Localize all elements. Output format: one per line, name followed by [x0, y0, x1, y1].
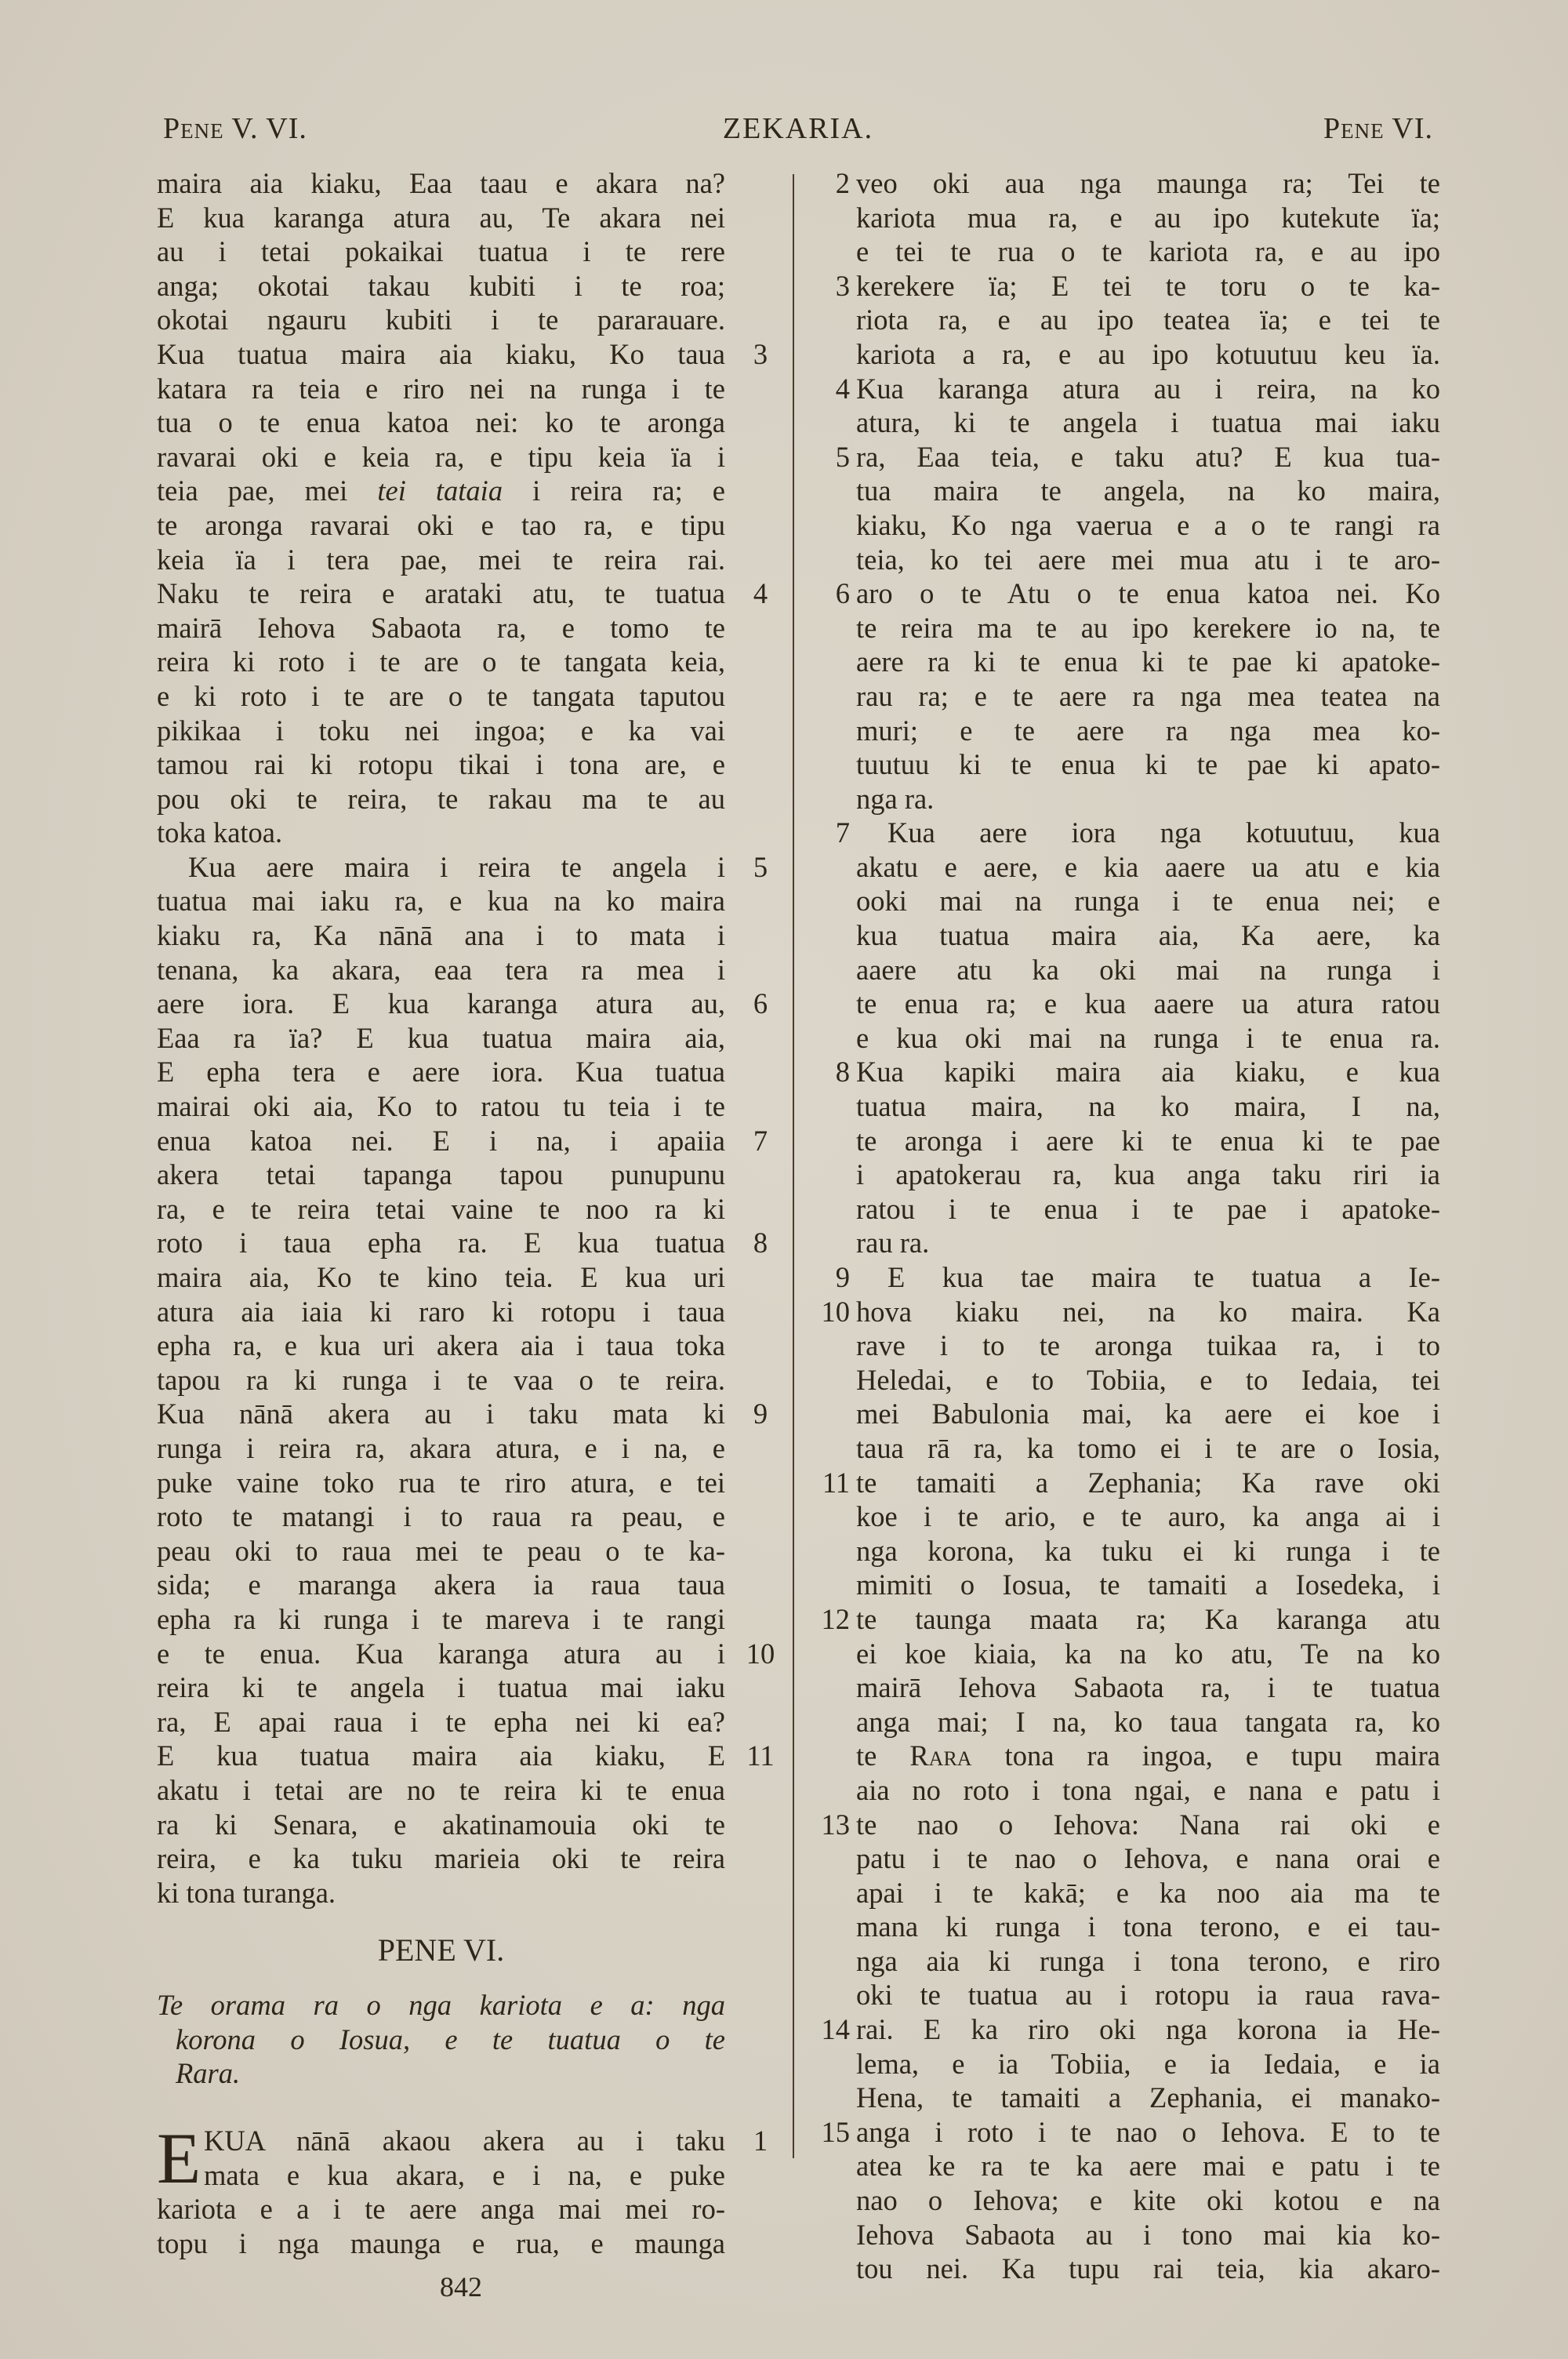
text-line: te tamaiti a Zephania; Ka rave oki11 [815, 1466, 1443, 1500]
line-text: riota ra, e au ipo teatea ïa; e tei te [856, 303, 1440, 337]
line-text: Kua tuatua maira aia kiaku, Ko taua [157, 337, 725, 372]
line-text: pou oki te reira, te rakau ma te au [157, 782, 725, 816]
verse-number: 9 [741, 1397, 780, 1431]
line-text: epha ra, e kua uri akera aia i taua toka [157, 1329, 725, 1363]
text-line: kariota a ra, e au ipo kotuutuu keu ïa. [815, 337, 1443, 372]
line-text: roto i taua epha ra. E kua tuatua [157, 1226, 725, 1260]
line-text: au i tetai pokaikai tuatua i te rere [157, 234, 725, 269]
text-line: epha ra, e kua uri akera aia i taua toka [157, 1329, 776, 1363]
text-line: pou oki te reira, te rakau ma te au [157, 782, 776, 816]
line-text: KUA nānā akaou akera au i taku [204, 2124, 725, 2158]
line-text: aaere atu ka oki mai na runga i [856, 953, 1440, 987]
line-text: ei koe kiaia, ka na ko atu, Te na ko [856, 1637, 1440, 1671]
line-text: reira ki roto i te are o te tangata keia… [157, 645, 725, 679]
text-line: te enua ra; e kua aaere ua atura ratou [815, 987, 1443, 1021]
line-text: tapou ra ki runga i te vaa o te reira. [157, 1363, 725, 1398]
text-line: keia ïa i tera pae, mei te reira rai. [157, 543, 776, 577]
text-line: akatu i tetai are no te reira ki te enua [157, 1773, 776, 1808]
verse-number: 7 [815, 816, 850, 850]
line-text: te taunga maata ra; Ka karanga atu [856, 1602, 1440, 1637]
text-line: Kua tuatua maira aia kiaku, Ko taua3 [157, 337, 776, 372]
line-text: reira, e ka tuku marieia oki te reira [157, 1841, 725, 1876]
text-line: ki tona turanga. [157, 1876, 776, 1910]
line-text: epha ra ki runga i te mareva i te rangi [157, 1602, 725, 1637]
line-text: toka katoa. [157, 816, 725, 850]
text-line: riota ra, e au ipo teatea ïa; e tei te [815, 303, 1443, 337]
line-text: tenana, ka akara, eaa tera ra mea i [157, 953, 725, 987]
text-line: katara ra teia e riro nei na runga i te [157, 372, 776, 406]
line-text: tamou rai ki rotopu tikai i tona are, e [157, 747, 725, 782]
line-text: te Rara tona ra ingoa, e tupu maira [856, 1739, 1440, 1773]
line-text: mei Babulonia mai, ka aere ei koe i [856, 1397, 1440, 1431]
line-text: topu i nga maunga e rua, e maunga [157, 2226, 725, 2261]
verse-number: 11 [741, 1739, 780, 1773]
text-line: reira ki roto i te are o te tangata keia… [157, 645, 776, 679]
line-text: teia, ko tei aere mei mua atu i te aro- [856, 543, 1440, 577]
line-text: Iehova Sabaota au i tono mai kia ko- [856, 2218, 1440, 2252]
verse-number: 5 [741, 850, 780, 885]
text-line: tuatua mai iaku ra, e kua na ko maira [157, 884, 776, 918]
line-text: E epha tera e aere iora. Kua tuatua [157, 1055, 725, 1089]
line-text: Kua aere iora nga kotuutuu, kua [856, 816, 1440, 850]
line-text: pikikaa i toku nei ingoa; e ka vai [157, 714, 725, 748]
text-line: kua tuatua maira aia, Ka aere, ka [815, 918, 1443, 953]
text-line: Kua karanga atura au i reira, na ko4 [815, 372, 1443, 406]
line-text: ra, Eaa teia, e taku atu? E kua tua- [856, 440, 1440, 474]
text-line: mata e kua akara, e i na, e puke [157, 2158, 776, 2193]
text-line: Naku te reira e arataki atu, te tuatua4 [157, 576, 776, 611]
text-line: oki te tuatua au i rotopu ia raua rava- [815, 1978, 1443, 2012]
verse-number: 1 [741, 2124, 780, 2158]
line-text: kariota a ra, e au ipo kotuutuu keu ïa. [856, 337, 1440, 372]
text-line: topu i nga maunga e rua, e maunga [157, 2226, 776, 2261]
line-text: aere ra ki te enua ki te pae ki apatoke- [856, 645, 1440, 679]
line-text: oki te tuatua au i rotopu ia raua rava- [856, 1978, 1440, 2012]
line-text: tuatua mai iaku ra, e kua na ko maira [157, 884, 725, 918]
text-line: Heledai, e to Tobiia, e to Iedaia, tei [815, 1363, 1443, 1398]
text-line: koe i te ario, e te auro, ka anga ai i [815, 1499, 1443, 1534]
verse-number: 7 [741, 1124, 780, 1158]
book-page: Pene V. VI. ZEKARIA. Pene VI. maira aia … [0, 0, 1568, 2359]
line-text: mata e kua akara, e i na, e puke [204, 2158, 725, 2193]
line-text: te nao o Iehova: Nana rai oki e [856, 1808, 1440, 1842]
line-text: te reira ma te au ipo kerekere io na, te [856, 611, 1440, 645]
text-line: atea ke ra te ka aere mai e patu i te [815, 2149, 1443, 2183]
text-line: tua maira te angela, na ko maira, [815, 474, 1443, 508]
text-line: toka katoa. [157, 816, 776, 850]
verse-number: 6 [815, 576, 850, 611]
line-text: apai i te kakā; e ka noo aia ma te [856, 1876, 1440, 1910]
right-column: veo oki aua nga maunga ra; Tei te2kariot… [815, 166, 1443, 2286]
line-text: reira ki te angela i tuatua mai iaku [157, 1670, 725, 1705]
line-text: mairai oki aia, Ko to ratou tu teia i te [157, 1089, 725, 1124]
text-line: tuutuu ki te enua ki te pae ki apato- [815, 747, 1443, 782]
line-text: maira aia kiaku, Eaa taau e akara na? [157, 166, 725, 201]
line-text: taua rā ra, ka tomo ei i te are o Iosia, [856, 1431, 1440, 1466]
line-text: hova kiaku nei, na ko maira. Ka [856, 1295, 1440, 1329]
text-line: mairā Iehova Sabaota ra, i te tuatua [815, 1670, 1443, 1705]
text-line: mana ki runga i tona terono, e ei tau- [815, 1910, 1443, 1944]
text-line: sida; e maranga akera ia raua taua [157, 1568, 776, 1602]
line-text: te aronga ravarai oki e tao ra, e tipu [157, 508, 725, 543]
text-line: aia no roto i tona ngai, e nana e patu i [815, 1773, 1443, 1808]
text-line: ra, E apai raua i te epha nei ki ea? [157, 1705, 776, 1739]
line-text: akatu i tetai are no te reira ki te enua [157, 1773, 725, 1808]
line-text: tua o te enua katoa nei: ko te aronga [157, 405, 725, 440]
line-text: anga i roto i te nao o Iehova. E to te [856, 2115, 1440, 2150]
line-text: ravarai oki e keia ra, e tipu keia ïa i [157, 440, 725, 474]
text-line: Kua kapiki maira aia kiaku, e kua8 [815, 1055, 1443, 1089]
text-line: hova kiaku nei, na ko maira. Ka10 [815, 1295, 1443, 1329]
line-text: rau ra; e te aere ra nga mea teatea na [856, 679, 1440, 714]
text-line: ra, e te reira tetai vaine te noo ra ki [157, 1192, 776, 1227]
line-text: ki tona turanga. [157, 1876, 725, 1910]
text-line: akera tetai tapanga tapou punupunu [157, 1158, 776, 1192]
line-text: enua katoa nei. E i na, i apaiia [157, 1124, 725, 1158]
verse-number: 11 [815, 1466, 850, 1500]
line-text: rau ra. [856, 1226, 1440, 1260]
line-text: ra ki Senara, e akatinamouia oki te [157, 1808, 725, 1842]
text-line: ra, Eaa teia, e taku atu? E kua tua-5 [815, 440, 1443, 474]
line-text: e te enua. Kua karanga atura au i [157, 1637, 725, 1671]
line-text: atea ke ra te ka aere mai e patu i te [856, 2149, 1440, 2183]
text-line: nao o Iehova; e kite oki kotou e na [815, 2183, 1443, 2218]
verse-number: 8 [815, 1055, 850, 1089]
column-rule [793, 174, 794, 2158]
text-line: anga i roto i te nao o Iehova. E to te15 [815, 2115, 1443, 2150]
text-line: E kua tuatua maira aia kiaku, E11 [157, 1739, 776, 1773]
text-line: ooki mai na runga i te enua nei; e [815, 884, 1443, 918]
text-line: tuatua maira, na ko maira, I na, [815, 1089, 1443, 1124]
text-line: te aronga i aere ki te enua ki te pae [815, 1124, 1443, 1158]
verse-number: 13 [815, 1808, 850, 1842]
line-text: runga i reira ra, akara atura, e i na, e [157, 1431, 725, 1466]
line-text: Hena, te tamaiti a Zephania, ei manako- [856, 2081, 1440, 2115]
text-line: apai i te kakā; e ka noo aia ma te [815, 1876, 1443, 1910]
line-text: atura, ki te angela i tuatua mai iaku [856, 405, 1440, 440]
line-text: Naku te reira e arataki atu, te tuatua [157, 576, 725, 611]
text-line: veo oki aua nga maunga ra; Tei te2 [815, 166, 1443, 201]
italic-phrase: tei tataia [377, 474, 503, 507]
line-text: Eaa ra ïa? E kua tuatua maira aia, [157, 1021, 725, 1056]
line-text: Heledai, e to Tobiia, e to Iedaia, tei [856, 1363, 1440, 1398]
line-text: e kua oki mai na runga i te enua ra. [856, 1021, 1440, 1056]
line-text: rave i to te aronga tuikaa ra, i to [856, 1329, 1440, 1363]
text-line: aaere atu ka oki mai na runga i [815, 953, 1443, 987]
line-text: maira aia, Ko te kino teia. E kua uri [157, 1260, 725, 1295]
line-text: nga aia ki runga i tona terono, e riro [856, 1944, 1440, 1979]
line-text: kua tuatua maira aia, Ka aere, ka [856, 918, 1440, 953]
text-line: E kua tae maira te tuatua a Ie-9 [815, 1260, 1443, 1295]
text-line: kiaku ra, Ka nānā ana i to mata i [157, 918, 776, 953]
line-text: muri; e te aere ra nga mea ko- [856, 714, 1440, 748]
text-line: ravarai oki e keia ra, e tipu keia ïa i [157, 440, 776, 474]
verse-number: 6 [741, 987, 780, 1021]
text-line: epha ra ki runga i te mareva i te rangi [157, 1602, 776, 1637]
line-text: mimiti o Iosua, te tamaiti a Iosedeka, i [856, 1568, 1440, 1602]
verse-number: 15 [815, 2115, 850, 2150]
line-text: E kua karanga atura au, Te akara nei [157, 201, 725, 235]
text-line: Kua aere maira i reira te angela i5 [157, 850, 776, 885]
chapter-summary: Te orama ra o nga kariota e a: nga koron… [157, 1988, 725, 2091]
text-line: Eaa ra ïa? E kua tuatua maira aia, [157, 1021, 776, 1056]
line-text: te enua ra; e kua aaere ua atura ratou [856, 987, 1440, 1021]
line-text: lema, e ia Tobiia, e ia Iedaia, e ia [856, 2047, 1440, 2081]
text-line: tamou rai ki rotopu tikai i tona are, e [157, 747, 776, 782]
line-text: nga korona, ka tuku ei ki runga i te [856, 1534, 1440, 1568]
verse-number: 9 [815, 1260, 850, 1295]
verse-number: 3 [741, 337, 780, 372]
text-line: mairā Iehova Sabaota ra, e tomo te [157, 611, 776, 645]
line-text: anga mai; I na, ko taua tangata ra, ko [856, 1705, 1440, 1739]
text-line: aere ra ki te enua ki te pae ki apatoke- [815, 645, 1443, 679]
line-text: sida; e maranga akera ia raua taua [157, 1568, 725, 1602]
line-text: katara ra teia e riro nei na runga i te [157, 372, 725, 406]
text-line: tua o te enua katoa nei: ko te aronga [157, 405, 776, 440]
text-line: aere iora. E kua karanga atura au,6 [157, 987, 776, 1021]
text-line: pikikaa i toku nei ingoa; e ka vai [157, 714, 776, 748]
text-line: te reira ma te au ipo kerekere io na, te [815, 611, 1443, 645]
line-text: keia ïa i tera pae, mei te reira rai. [157, 543, 725, 577]
text-line: Hena, te tamaiti a Zephania, ei manako- [815, 2081, 1443, 2115]
line-text: te tamaiti a Zephania; Ka rave oki [856, 1466, 1440, 1500]
text-line: atura aia iaia ki raro ki rotopu i taua [157, 1295, 776, 1329]
line-text: tua maira te angela, na ko maira, [856, 474, 1440, 508]
text-line: e te enua. Kua karanga atura au i10 [157, 1637, 776, 1671]
line-text: E kua tae maira te tuatua a Ie- [856, 1260, 1440, 1295]
line-text: okotai ngauru kubiti i te pararauare. [157, 303, 725, 337]
text-line: te nao o Iehova: Nana rai oki e13 [815, 1808, 1443, 1842]
line-text: tuatua maira, na ko maira, I na, [856, 1089, 1440, 1124]
line-text: teia pae, mei tei tataia i reira ra; e [157, 474, 725, 508]
verse-number: 4 [741, 576, 780, 611]
line-text: Kua aere maira i reira te angela i [157, 850, 725, 885]
line-text: aro o te Atu o te enua katoa nei. Ko [856, 576, 1440, 611]
line-text: e ki roto i te are o te tangata taputou [157, 679, 725, 714]
line-text: kariota e a i te aere anga mai mei ro- [157, 2192, 725, 2226]
chapter-opening: E KUA nānā akaou akera au i taku 1 mata … [157, 2124, 776, 2260]
line-text: ra, E apai raua i te epha nei ki ea? [157, 1705, 725, 1739]
line-text: e tei te rua o te kariota ra, e au ipo [856, 234, 1440, 269]
chapter-heading: PENE VI. [157, 1932, 725, 1968]
line-text: mairā Iehova Sabaota ra, e tomo te [157, 611, 725, 645]
text-line: tou nei. Ka tupu rai teia, kia akaro- [815, 2252, 1443, 2286]
text-line: te taunga maata ra; Ka karanga atu12 [815, 1602, 1443, 1637]
text-line: anga mai; I na, ko taua tangata ra, ko [815, 1705, 1443, 1739]
text-line: te Rara tona ra ingoa, e tupu maira [815, 1739, 1443, 1773]
line-text: aia no roto i tona ngai, e nana e patu i [856, 1773, 1440, 1808]
summary-line: Rara. [157, 2056, 725, 2091]
text-line: rau ra; e te aere ra nga mea teatea na [815, 679, 1443, 714]
text-line: anga; okotai takau kubiti i te roa; [157, 269, 776, 304]
text-line: E epha tera e aere iora. Kua tuatua [157, 1055, 776, 1089]
verse-number: 8 [741, 1226, 780, 1260]
verse-number: 5 [815, 440, 850, 474]
text-line: ratou i te enua i te pae i apatoke- [815, 1192, 1443, 1227]
verse-number: 14 [815, 2012, 850, 2047]
text-line: roto te matangi i to raua ra peau, e [157, 1499, 776, 1534]
verse-number: 4 [815, 372, 850, 406]
text-line: te aronga ravarai oki e tao ra, e tipu [157, 508, 776, 543]
summary-line: Te orama ra o nga kariota e a: nga [157, 1988, 725, 2023]
left-column: maira aia kiaku, Eaa taau e akara na?E k… [157, 166, 776, 1910]
line-text: E kua tuatua maira aia kiaku, E [157, 1739, 725, 1773]
line-text: akatu e aere, e kia aaere ua atu e kia [856, 850, 1440, 885]
line-text: tou nei. Ka tupu rai teia, kia akaro- [856, 2252, 1440, 2286]
text-line: rave i to te aronga tuikaa ra, i to [815, 1329, 1443, 1363]
verse-number: 2 [815, 166, 850, 201]
line-text: mairā Iehova Sabaota ra, i te tuatua [856, 1670, 1440, 1705]
line-text: koe i te ario, e te auro, ka anga ai i [856, 1499, 1440, 1534]
text-line: rau ra. [815, 1226, 1443, 1260]
line-text: ratou i te enua i te pae i apatoke- [856, 1192, 1440, 1227]
line-text: ra, e te reira tetai vaine te noo ra ki [157, 1192, 725, 1227]
text-line: nga korona, ka tuku ei ki runga i te [815, 1534, 1443, 1568]
line-text: ooki mai na runga i te enua nei; e [856, 884, 1440, 918]
text-line: tenana, ka akara, eaa tera ra mea i [157, 953, 776, 987]
page-number: 842 [414, 2270, 508, 2303]
line-text: Kua nānā akera au i taku mata ki [157, 1397, 725, 1431]
verse-number: 12 [815, 1602, 850, 1637]
text-line: e kua oki mai na runga i te enua ra. [815, 1021, 1443, 1056]
line-text: kerekere ïa; E tei te toru o te ka- [856, 269, 1440, 304]
text-line: aro o te Atu o te enua katoa nei. Ko6 [815, 576, 1443, 611]
text-line: tapou ra ki runga i te vaa o te reira. [157, 1363, 776, 1398]
verse-number: 10 [815, 1295, 850, 1329]
line-text: aere iora. E kua karanga atura au, [157, 987, 725, 1021]
text-line: mairai oki aia, Ko to ratou tu teia i te [157, 1089, 776, 1124]
text-line: nga ra. [815, 782, 1443, 816]
line-text: i apatokerau ra, kua anga taku riri ia [856, 1158, 1440, 1192]
text-line: teia, ko tei aere mei mua atu i te aro- [815, 543, 1443, 577]
line-text: roto te matangi i to raua ra peau, e [157, 1499, 725, 1534]
text-line: runga i reira ra, akara atura, e i na, e [157, 1431, 776, 1466]
line-text: kiaku, Ko nga vaerua e a o te rangi ra [856, 508, 1440, 543]
running-head-title: ZEKARIA. [163, 111, 1433, 146]
text-line: i apatokerau ra, kua anga taku riri ia [815, 1158, 1443, 1192]
text-line: KUA nānā akaou akera au i taku 1 [157, 2124, 776, 2158]
verse-number: 10 [741, 1637, 780, 1671]
text-line: reira ki te angela i tuatua mai iaku [157, 1670, 776, 1705]
running-head: Pene V. VI. ZEKARIA. Pene VI. [163, 111, 1433, 151]
text-line: E kua karanga atura au, Te akara nei [157, 201, 776, 235]
text-line: mei Babulonia mai, ka aere ei koe i [815, 1397, 1443, 1431]
text-line: atura, ki te angela i tuatua mai iaku [815, 405, 1443, 440]
line-text: nao o Iehova; e kite oki kotou e na [856, 2183, 1440, 2218]
line-text: tuutuu ki te enua ki te pae ki apato- [856, 747, 1440, 782]
line-text: rai. E ka riro oki nga korona ia He- [856, 2012, 1440, 2047]
running-head-right: Pene VI. [1323, 111, 1433, 146]
small-caps-word: Rara [909, 1739, 971, 1772]
line-text: nga ra. [856, 782, 1440, 816]
line-text: Kua karanga atura au i reira, na ko [856, 372, 1440, 406]
text-line: teia pae, mei tei tataia i reira ra; e [157, 474, 776, 508]
text-line: maira aia, Ko te kino teia. E kua uri [157, 1260, 776, 1295]
line-text: akera tetai tapanga tapou punupunu [157, 1158, 725, 1192]
text-line: Kua aere iora nga kotuutuu, kua7 [815, 816, 1443, 850]
text-line: peau oki to raua mei te peau o te ka- [157, 1534, 776, 1568]
line-text: patu i te nao o Iehova, e nana orai e [856, 1841, 1440, 1876]
text-line: e tei te rua o te kariota ra, e au ipo [815, 234, 1443, 269]
text-line: patu i te nao o Iehova, e nana orai e [815, 1841, 1443, 1876]
line-text: anga; okotai takau kubiti i te roa; [157, 269, 725, 304]
text-line: puke vaine toko rua te riro atura, e tei [157, 1466, 776, 1500]
text-line: akatu e aere, e kia aaere ua atu e kia [815, 850, 1443, 885]
line-text: peau oki to raua mei te peau o te ka- [157, 1534, 725, 1568]
summary-line: korona o Iosua, e te tuatua o te [157, 2023, 725, 2057]
line-text: kariota mua ra, e au ipo kutekute ïa; [856, 201, 1440, 235]
line-text: Kua kapiki maira aia kiaku, e kua [856, 1055, 1440, 1089]
text-line: ra ki Senara, e akatinamouia oki te [157, 1808, 776, 1842]
text-line: taua rā ra, ka tomo ei i te are o Iosia, [815, 1431, 1443, 1466]
line-text: kiaku ra, Ka nānā ana i to mata i [157, 918, 725, 953]
text-line: okotai ngauru kubiti i te pararauare. [157, 303, 776, 337]
text-line: Iehova Sabaota au i tono mai kia ko- [815, 2218, 1443, 2252]
text-line: kerekere ïa; E tei te toru o te ka-3 [815, 269, 1443, 304]
text-line: nga aia ki runga i tona terono, e riro [815, 1944, 1443, 1979]
line-text: veo oki aua nga maunga ra; Tei te [856, 166, 1440, 201]
text-line: lema, e ia Tobiia, e ia Iedaia, e ia [815, 2047, 1443, 2081]
text-line: au i tetai pokaikai tuatua i te rere [157, 234, 776, 269]
line-text: te aronga i aere ki te enua ki te pae [856, 1124, 1440, 1158]
text-line: roto i taua epha ra. E kua tuatua8 [157, 1226, 776, 1260]
line-text: mana ki runga i tona terono, e ei tau- [856, 1910, 1440, 1944]
text-line: maira aia kiaku, Eaa taau e akara na? [157, 166, 776, 201]
verse-number: 3 [815, 269, 850, 304]
text-line: kariota mua ra, e au ipo kutekute ïa; [815, 201, 1443, 235]
text-line: ei koe kiaia, ka na ko atu, Te na ko [815, 1637, 1443, 1671]
text-line: Kua nānā akera au i taku mata ki9 [157, 1397, 776, 1431]
text-line: mimiti o Iosua, te tamaiti a Iosedeka, i [815, 1568, 1443, 1602]
text-line: enua katoa nei. E i na, i apaiia7 [157, 1124, 776, 1158]
line-text: puke vaine toko rua te riro atura, e tei [157, 1466, 725, 1500]
text-line: kariota e a i te aere anga mai mei ro- [157, 2192, 776, 2226]
text-line: e ki roto i te are o te tangata taputou [157, 679, 776, 714]
text-line: reira, e ka tuku marieia oki te reira [157, 1841, 776, 1876]
text-line: muri; e te aere ra nga mea ko- [815, 714, 1443, 748]
text-line: kiaku, Ko nga vaerua e a o te rangi ra [815, 508, 1443, 543]
text-line: rai. E ka riro oki nga korona ia He-14 [815, 2012, 1443, 2047]
line-text: atura aia iaia ki raro ki rotopu i taua [157, 1295, 725, 1329]
